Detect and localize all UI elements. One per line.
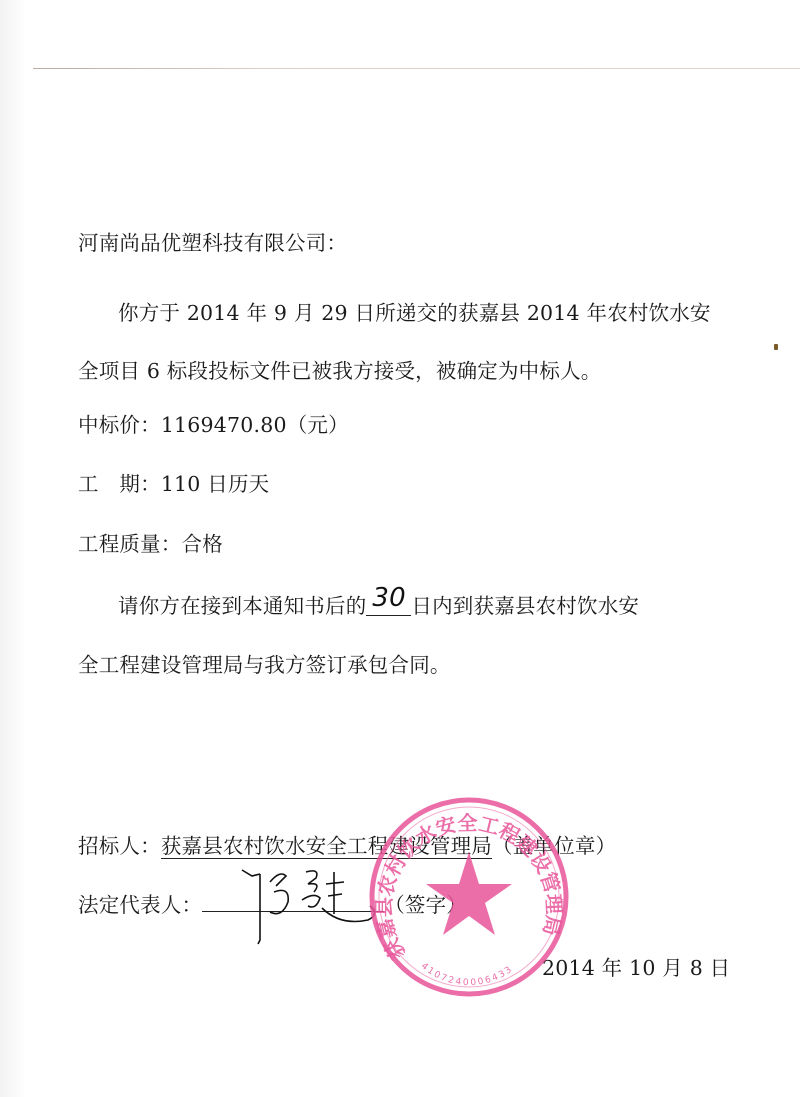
- paragraph-1-line-1: 你方于 2014 年 9 月 29 日所递交的获嘉县 2014 年农村饮水安: [118, 296, 711, 326]
- legal-rep-label: 法定代表人：: [78, 893, 202, 917]
- paragraph-2-after: 日内到获嘉县农村饮水安: [411, 594, 639, 618]
- issue-date: 2014 年 10 月 8 日: [542, 951, 730, 981]
- tenderer-seal-note: （盖单位章）: [492, 834, 616, 858]
- addressee: 河南尚品优塑科技有限公司：: [78, 226, 347, 256]
- scan-speck: [774, 344, 778, 350]
- page-fold-line: [33, 68, 800, 69]
- handwritten-days: 30: [372, 583, 405, 613]
- legal-rep-row: 法定代表人：（签字）: [78, 888, 467, 918]
- bid-price-value: 1169470.80（元）: [161, 413, 349, 437]
- bid-price-label: 中标价：: [78, 413, 161, 437]
- svg-text:4107240006433: 4107240006433: [419, 961, 515, 988]
- duration-value: 110 日历天: [161, 472, 270, 496]
- scan-edge-shadow: [0, 0, 26, 1097]
- bid-price-row: 中标价：1169470.80（元）: [78, 408, 349, 438]
- quality-label: 工程质量：: [78, 532, 182, 556]
- paragraph-2-line-2: 全工程建设管理局与我方签订承包合同。: [78, 648, 451, 678]
- paragraph-2-line-1: 请你方在接到本通知书后的30日内到获嘉县农村饮水安: [118, 589, 639, 619]
- tenderer-row: 招标人：获嘉县农村饮水安全工程建设管理局（盖单位章）: [78, 829, 616, 859]
- paragraph-2-before: 请你方在接到本通知书后的: [118, 594, 366, 618]
- days-blank: 30: [366, 593, 411, 616]
- signature-line: [202, 895, 384, 912]
- duration-row: 工 期：110 日历天: [78, 467, 269, 497]
- paragraph-1-line-2: 全项目 6 标段投标文件已被我方接受，被确定为中标人。: [78, 354, 601, 384]
- tenderer-label: 招标人：: [78, 834, 161, 858]
- quality-value: 合格: [182, 532, 223, 556]
- tenderer-name: 获嘉县农村饮水安全工程建设管理局: [161, 834, 492, 859]
- quality-row: 工程质量：合格: [78, 527, 223, 557]
- legal-rep-note: （签字）: [384, 893, 467, 917]
- duration-label: 工 期：: [78, 472, 161, 496]
